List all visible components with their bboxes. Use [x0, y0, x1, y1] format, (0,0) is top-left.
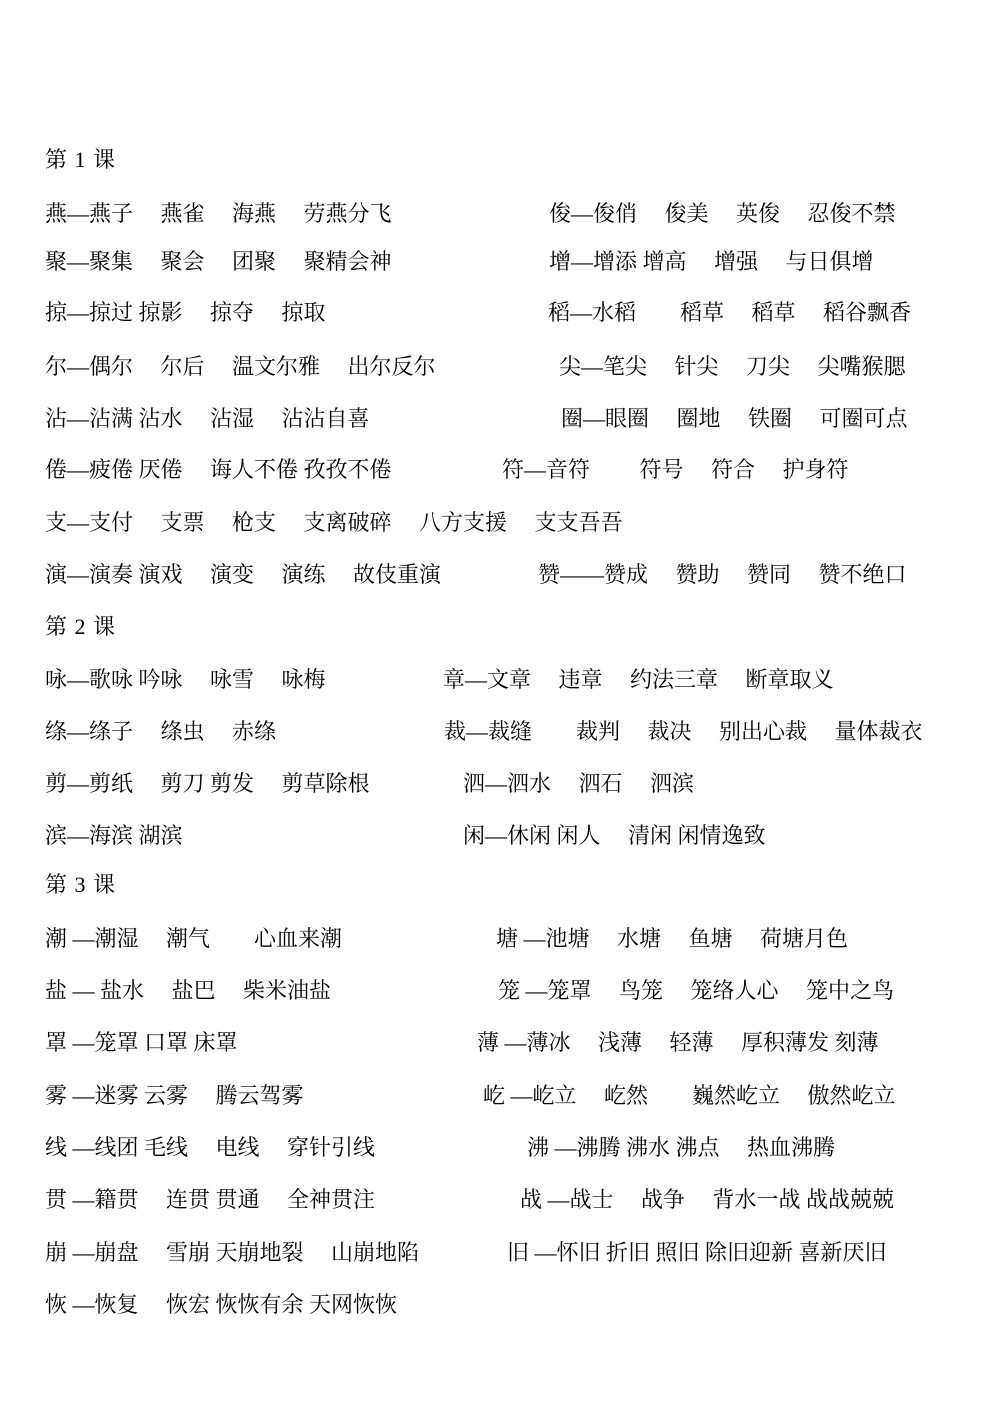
vocab-line-left: 燕—燕子 燕雀 海燕 劳燕分飞 — [45, 202, 392, 226]
vocab-line-left: 聚—聚集 聚会 团聚 聚精会神 — [45, 250, 392, 274]
vocab-line-right: 符—音符 符号 符合 护身符 — [502, 458, 849, 482]
vocab-line-right: 俊—俊俏 俊美 英俊 忍俊不禁 — [549, 202, 896, 226]
vocab-line-right: 稻—水稻 稻草 稻草 稻谷飘香 — [548, 301, 911, 325]
vocab-line-right: 赞——赞成 赞助 赞同 赞不绝口 — [538, 563, 907, 587]
vocab-line-right: 屹 —屹立 屹然 巍然屹立 傲然屹立 — [483, 1084, 896, 1108]
vocab-line-left: 恢 —恢复 恢宏 恢恢有余 天网恢恢 — [45, 1293, 397, 1317]
vocab-line-right: 泗—泗水 泗石 泗滨 — [463, 772, 694, 796]
vocab-line-right: 塘 —池塘 水塘 鱼塘 荷塘月色 — [496, 927, 848, 951]
vocab-line-left: 咏—歌咏 吟咏 咏雪 咏梅 — [45, 668, 326, 692]
lesson-3-heading: 第 3 课 — [45, 873, 116, 897]
vocab-line-left: 雾 —迷雾 云雾 腾云驾雾 — [45, 1084, 304, 1108]
lesson-1-heading: 第 1 课 — [45, 148, 116, 172]
vocab-line-right: 裁—裁缝 裁判 裁决 别出心裁 量体裁衣 — [444, 720, 923, 744]
vocab-line-left: 线 —线团 毛线 电线 穿针引线 — [45, 1136, 375, 1160]
vocab-line-right: 笼 —笼罩 鸟笼 笼络人心 笼中之鸟 — [498, 979, 894, 1003]
vocab-line-left: 沾—沾满 沾水 沾湿 沾沾自喜 — [45, 407, 370, 431]
vocab-line-left: 崩 —崩盘 雪崩 天崩地裂 山崩地陷 — [45, 1241, 419, 1265]
lesson-2-heading: 第 2 课 — [45, 615, 116, 639]
vocab-line-right: 尖—笔尖 针尖 刀尖 尖嘴猴腮 — [559, 355, 906, 379]
vocab-line-left: 演—演奏 演戏 演变 演练 故伎重演 — [45, 563, 441, 587]
vocab-line-left: 罩 —笼罩 口罩 床罩 — [45, 1031, 238, 1055]
vocab-line-right: 战 —战士 战争 背水一战 战战兢兢 — [520, 1188, 894, 1212]
vocab-line-left: 贯 —籍贯 连贯 贯通 全神贯注 — [45, 1188, 375, 1212]
vocab-line-right: 沸 —沸腾 沸水 沸点 热血沸腾 — [527, 1136, 835, 1160]
vocab-line-left: 滨—海滨 湖滨 — [45, 824, 183, 848]
vocab-line-left: 倦—疲倦 厌倦 诲人不倦 孜孜不倦 — [45, 458, 392, 482]
vocab-line-left: 潮 —潮湿 潮气 心血来潮 — [45, 927, 342, 951]
document-page: 第 1 课 燕—燕子 燕雀 海燕 劳燕分飞 俊—俊俏 俊美 英俊 忍俊不禁 聚—… — [0, 0, 993, 1404]
vocab-line-left: 尔—偶尔 尔后 温文尔雅 出尔反尔 — [45, 355, 436, 379]
vocab-line-right: 薄 —薄冰 浅薄 轻薄 厚积薄发 刻薄 — [477, 1031, 879, 1055]
vocab-line-left: 剪—剪纸 剪刀 剪发 剪草除根 — [45, 772, 370, 796]
vocab-line-right: 旧 —怀旧 折旧 照旧 除旧迎新 喜新厌旧 — [507, 1241, 887, 1265]
vocab-line-left: 盐 — 盐水 盐巴 柴米油盐 — [45, 979, 331, 1003]
vocab-line-right: 章—文章 违章 约法三章 断章取义 — [443, 668, 834, 692]
vocab-line-left: 掠—掠过 掠影 掠夺 掠取 — [45, 301, 326, 325]
vocab-line-right: 增—增添 增高 增强 与日俱增 — [549, 250, 874, 274]
vocab-line-right: 闲—休闲 闲人 清闲 闲情逸致 — [463, 824, 766, 848]
vocab-line-right: 圈—眼圈 圈地 铁圈 可圈可点 — [561, 407, 908, 431]
vocab-line-left: 绦—绦子 绦虫 赤绦 — [45, 720, 276, 744]
vocab-line-left: 支—支付 支票 枪支 支离破碎 八方支援 支支吾吾 — [45, 511, 623, 535]
